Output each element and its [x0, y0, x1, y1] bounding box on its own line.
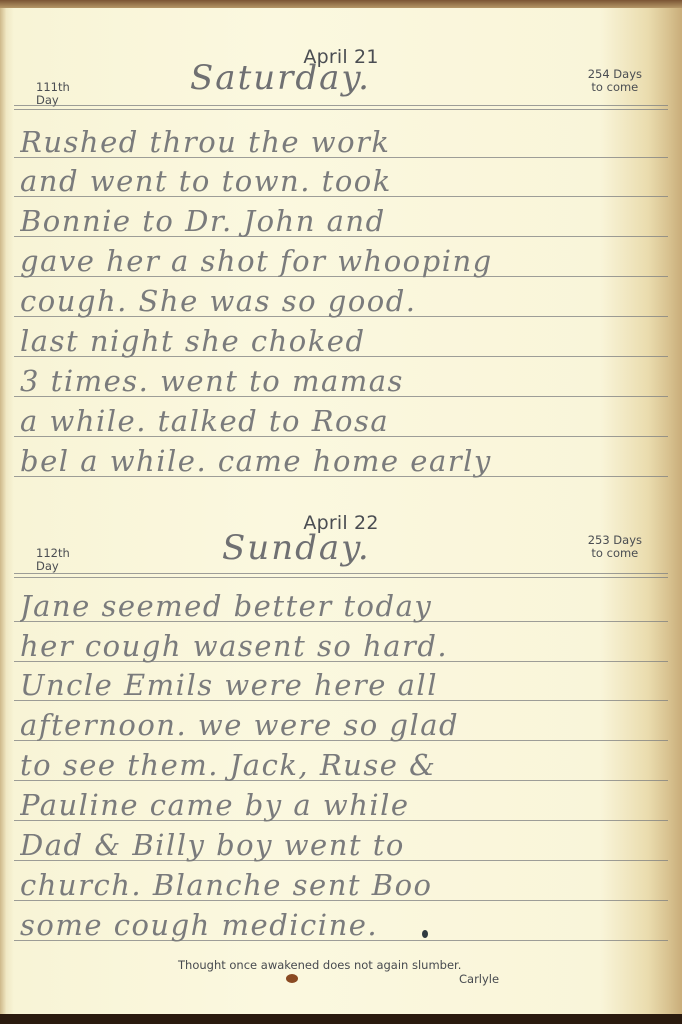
handwritten-line: afternoon. we were so glad: [20, 708, 670, 742]
day-of-year: 111th Day: [36, 81, 70, 107]
days-to-come: 253 Days to come: [588, 534, 642, 560]
handwritten-line: Pauline came by a while: [20, 788, 670, 822]
day-label: Day: [36, 560, 70, 573]
handwritten-line: Uncle Emils were here all: [20, 668, 670, 702]
handwritten-line: Jane seemed better today: [20, 589, 670, 623]
handwritten-line: bel a while. came home early: [20, 444, 670, 478]
header-rule: [14, 577, 668, 578]
weekday-handwritten: Sunday.: [222, 528, 371, 568]
quote-author: Carlyle: [459, 972, 499, 986]
ink-blot: [422, 930, 428, 938]
handwritten-line: Dad & Billy boy went to: [20, 828, 670, 862]
handwritten-line: last night she choked: [20, 324, 670, 358]
handwritten-line: cough. She was so good.: [20, 284, 670, 318]
handwritten-line: Rushed throu the work: [20, 125, 670, 159]
handwritten-line: and went to town. took: [20, 164, 670, 198]
weekday-handwritten: Saturday.: [190, 58, 371, 98]
footer-quote: Thought once awakened does not again slu…: [178, 958, 461, 972]
header-rule: [14, 109, 668, 110]
diary-page: April 21 111th Day 254 Days to come Satu…: [0, 8, 682, 1016]
days-to-come: 254 Days to come: [588, 68, 642, 94]
handwritten-line: church. Blanche sent Boo: [20, 868, 670, 902]
handwritten-line: 3 times. went to mamas: [20, 364, 670, 398]
handwritten-line: gave her a shot for whooping: [20, 244, 670, 278]
header-rule: [14, 105, 668, 106]
to-come-label: to come: [588, 81, 642, 94]
handwritten-line: her cough wasent so hard.: [20, 629, 670, 663]
book-bottom-edge: [0, 1014, 682, 1024]
handwritten-line: Bonnie to Dr. John and: [20, 204, 670, 238]
to-come-label: to come: [588, 547, 642, 560]
handwritten-line: a while. talked to Rosa: [20, 404, 670, 438]
header-rule: [14, 573, 668, 574]
handwritten-line: some cough medicine.: [20, 908, 670, 942]
handwritten-line: to see them. Jack, Ruse &: [20, 748, 670, 782]
ink-stain: [286, 974, 298, 983]
page-binding-edge: [0, 8, 6, 1016]
day-of-year: 112th Day: [36, 547, 70, 573]
